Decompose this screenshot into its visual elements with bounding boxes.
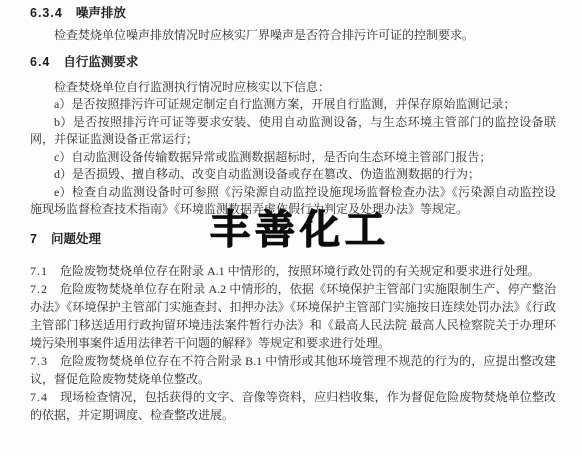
heading-number: 7 (30, 232, 38, 246)
watermark-text: 丰善化工 (210, 208, 390, 252)
clause-number: 7.2 (30, 282, 48, 296)
clause-text: 危险废物焚烧单位存在附录 A.2 中情形的，依据《环境保护主管部门实施限制生产、… (30, 282, 556, 350)
document-page: 丰善化工 6.3.4噪声排放 检查焚烧单位噪声排放情况时应核实厂界噪声是否符合排… (0, 0, 582, 456)
clause-text: 危险废物焚烧单位存在附录 A.1 中情形的，按照环境行政处罚的有关规定和要求进行… (60, 264, 540, 278)
paragraph-7-3: 7.3危险废物焚烧单位存在不符合附录 B.1 中情形或其他环境管理不规范的行为的… (30, 352, 556, 388)
heading-title: 问题处理 (51, 232, 101, 246)
clause-number: 7.4 (30, 390, 48, 404)
paragraph-noise-check: 检查焚烧单位噪声排放情况时应核实厂界噪声是否符合排污许可证的控制要求。 (30, 27, 556, 45)
paragraph-7-1: 7.1危险废物焚烧单位存在附录 A.1 中情形的，按照环境行政处罚的有关规定和要… (30, 262, 556, 280)
paragraph-7-4: 7.4现场检查情况，包括获得的文字、音像等资料，应归档收集，作为督促危险废物焚烧… (30, 388, 556, 424)
list-item-b: b）是否按照排污许可证等要求安装、使用自动监测设备，与生态环境主管部门的监控设备… (30, 114, 556, 149)
paragraph-7-2: 7.2危险废物焚烧单位存在附录 A.2 中情形的，依据《环境保护主管部门实施限制… (30, 280, 556, 352)
section-7-body: 7.1危险废物焚烧单位存在附录 A.1 中情形的，按照环境行政处罚的有关规定和要… (30, 262, 556, 424)
heading-number: 6.4 (30, 55, 50, 69)
heading-title: 噪声排放 (76, 6, 126, 20)
clause-text: 现场检查情况，包括获得的文字、音像等资料，应归档收集，作为督促危险废物焚烧单位整… (30, 390, 556, 422)
clause-number: 7.3 (30, 354, 48, 368)
heading-title: 自行监测要求 (63, 55, 138, 69)
list-item-a: a）是否按照排污许可证规定制定自行监测方案，开展自行监测，并保存原始监测记录； (30, 96, 556, 114)
section-heading-6-4: 6.4自行监测要求 (30, 54, 556, 72)
heading-number: 6.3.4 (30, 6, 63, 20)
list-item-c: c）自动监测设备传输数据异常或监测数据超标时，是否向生态环境主管部门报告； (30, 149, 556, 167)
clause-number: 7.1 (30, 264, 48, 278)
clause-text: 危险废物焚烧单位存在不符合附录 B.1 中情形或其他环境管理不规范的行为的，应提… (30, 354, 556, 386)
section-heading-6-3-4: 6.3.4噪声排放 (30, 5, 556, 23)
list-item-d: d）是否损毁、擅自移动、改变自动监测设备或存在篡改、伪造监测数据的行为； (30, 166, 556, 184)
paragraph-self-monitoring-intro: 检查焚烧单位自行监测执行情况时应核实以下信息： (30, 79, 556, 97)
